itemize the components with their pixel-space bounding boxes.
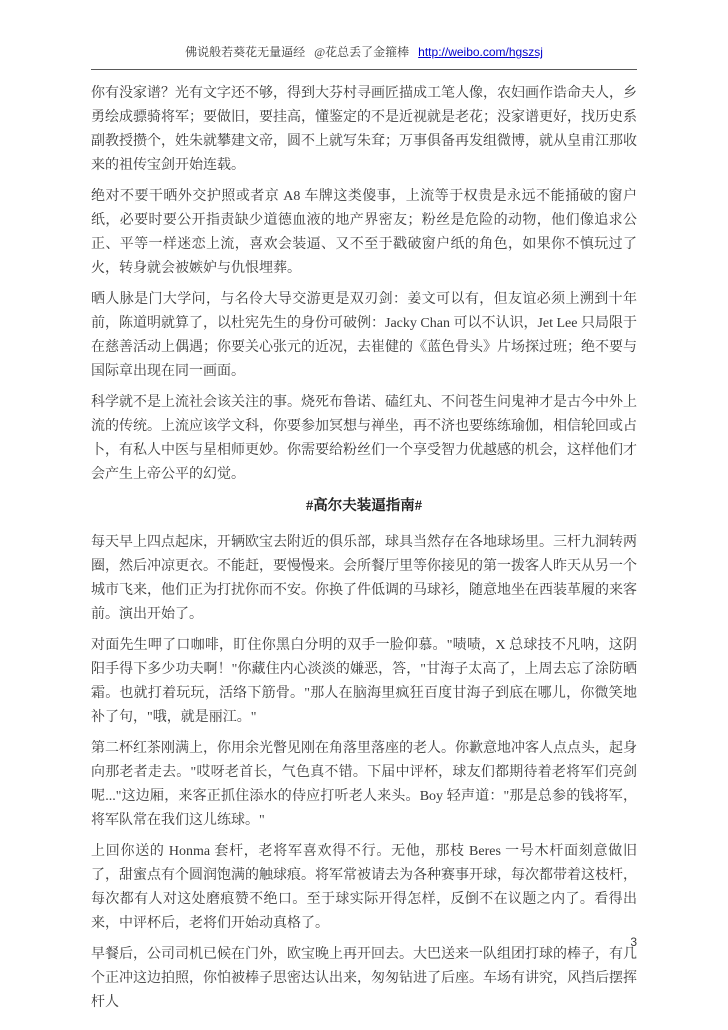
body-paragraph: 晒人脉是门大学问，与名伶大导交游更是双刃剑：姜文可以有，但友谊必须上溯到十年前，…	[91, 288, 637, 384]
page-number: 3	[630, 934, 637, 950]
section-heading: #高尔夫装逼指南#	[91, 494, 637, 518]
body-paragraph: 科学就不是上流社会该关注的事。烧死布鲁诺、磕红丸、不问苍生问鬼神才是古今中外上流…	[91, 391, 637, 487]
body-paragraph: 绝对不要干晒外交护照或者京 A8 车牌这类傻事，上流等于权贵是永远不能捅破的窗户…	[91, 185, 637, 281]
body-paragraph: 早餐后，公司司机已候在门外，欧宝晚上再开回去。大巴送来一队组团打球的棒子，有几个…	[91, 943, 637, 1015]
document-page: 佛说般若葵花无量逼经 @花总丢了金箍棒 http://weibo.com/hgs…	[0, 0, 728, 1030]
body-paragraph: 对面先生呷了口咖啡，盯住你黑白分明的双手一脸仰慕。"啧啧，X 总球技不凡呐，这阴…	[91, 634, 637, 730]
header-weibo-link[interactable]: http://weibo.com/hgszsj	[418, 45, 543, 59]
document-body: 你有没家谱？光有文字还不够，得到大芬村寻画匠描成工笔人像，农妇画作诰命夫人，乡勇…	[91, 82, 637, 1015]
page-header: 佛说般若葵花无量逼经 @花总丢了金箍棒 http://weibo.com/hgs…	[91, 44, 637, 70]
header-doc-title: 佛说般若葵花无量逼经	[185, 45, 305, 59]
body-paragraph: 你有没家谱？光有文字还不够，得到大芬村寻画匠描成工笔人像，农妇画作诰命夫人，乡勇…	[91, 82, 637, 178]
body-paragraph: 上回你送的 Honma 套杆，老将军喜欢得不行。无他，那枝 Beres 一号木杆…	[91, 840, 637, 936]
body-paragraph: 每天早上四点起床，开辆欧宝去附近的俱乐部，球具当然存在各地球场里。三杆九洞转两圈…	[91, 531, 637, 627]
body-paragraph: 第二杯红茶刚满上，你用余光瞥见刚在角落里落座的老人。你歉意地冲客人点点头，起身向…	[91, 737, 637, 833]
header-author-handle: @花总丢了金箍棒	[314, 45, 409, 59]
